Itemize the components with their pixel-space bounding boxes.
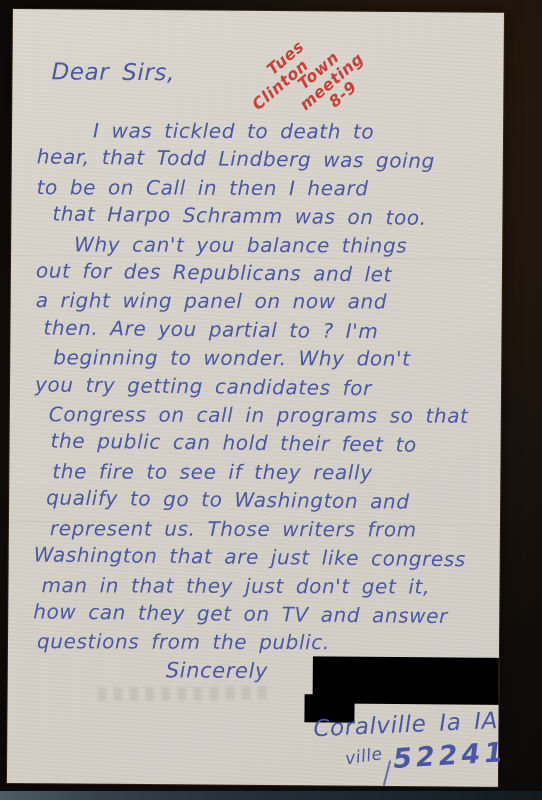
handwritten-line: Why can't you balance things — [74, 230, 492, 260]
address-zip-code: 52241 — [392, 737, 508, 775]
handwritten-line: qualify to go to Washington and — [46, 484, 490, 517]
letter-paper: TuesClintonTownmeeting8-9 Dear Sirs, I w… — [7, 9, 504, 787]
handwritten-line: to be on Call in then I heard — [37, 173, 493, 203]
stray-ink-mark — [383, 760, 391, 786]
closing-sincerely: Sincerely — [166, 658, 268, 683]
handwritten-line: I was tickled to death to — [93, 117, 493, 147]
handwritten-line: then. Are you partial to ? I'm — [43, 313, 491, 346]
handwritten-line: Congress on call in programs so that — [49, 400, 491, 430]
handwritten-line: beginning to wonder. Why don't — [53, 344, 491, 374]
address-ville-insert: ville — [344, 744, 384, 769]
handwritten-line: Washington that are just like congress — [34, 540, 490, 574]
handwritten-line: the public can hold their feet to — [50, 427, 490, 460]
handwritten-line: that Harpo Schramm was on too. — [52, 200, 492, 233]
handwritten-line: out for des Republicans and let — [36, 256, 492, 290]
letter-photo: TuesClintonTownmeeting8-9 Dear Sirs, I w… — [0, 0, 542, 800]
handwritten-line: the fire to see if they really — [52, 457, 490, 487]
handwritten-line: represent us. Those writers from — [50, 514, 490, 544]
handwritten-line: questions from the public. — [37, 628, 489, 658]
faint-bleedthrough-stamp — [98, 686, 273, 702]
salutation: Dear Sirs, — [51, 59, 175, 86]
letter-body: I was tickled to death tohear, that Todd… — [33, 115, 493, 658]
handwritten-line: how can they get on TV and answer — [33, 597, 489, 631]
handwritten-line: hear, that Todd Lindberg was going — [37, 143, 493, 177]
handwritten-line: a right wing panel on now and — [36, 287, 492, 317]
handwritten-line: man in that they just don't get it, — [41, 571, 489, 601]
handwritten-line: you try getting candidates for — [35, 370, 491, 404]
photo-bottom-strip — [0, 791, 542, 800]
